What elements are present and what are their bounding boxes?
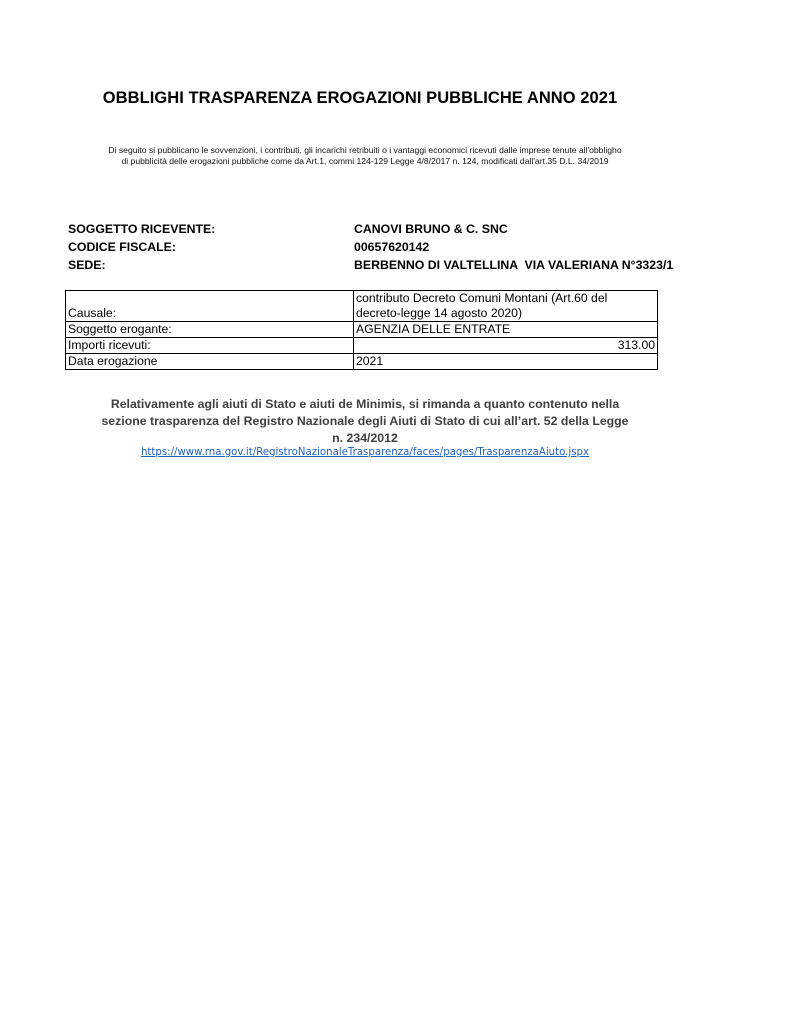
table-row: Soggetto erogante: AGENZIA DELLE ENTRATE bbox=[66, 322, 658, 338]
causale-value: contributo Decreto Comuni Montani (Art.6… bbox=[354, 291, 658, 322]
state-aid-note: Relativamente agli aiuti di Stato e aiut… bbox=[60, 396, 670, 447]
causale-label: Causale: bbox=[66, 291, 354, 322]
grantor-label: Soggetto erogante: bbox=[66, 322, 354, 338]
date-value: 2021 bbox=[354, 354, 658, 370]
rna-registry-link[interactable]: https://www.rna.gov.it/RegistroNazionale… bbox=[60, 447, 670, 458]
table-row: Importi ricevuti: 313.00 bbox=[66, 338, 658, 354]
recipient-name-value: CANOVI BRUNO & C. SNC bbox=[354, 220, 508, 238]
note-line-2: sezione trasparenza del Registro Naziona… bbox=[60, 413, 670, 430]
causale-value-line-1: contributo Decreto Comuni Montani (Art.6… bbox=[356, 291, 655, 306]
amount-label: Importi ricevuti: bbox=[66, 338, 354, 354]
note-line-1: Relativamente agli aiuti di Stato e aiut… bbox=[60, 396, 670, 413]
causale-value-line-2: decreto-legge 14 agosto 2020) bbox=[356, 306, 655, 321]
table-row: Causale: contributo Decreto Comuni Monta… bbox=[66, 291, 658, 322]
fiscal-code-row: CODICE FISCALE: 00657620142 bbox=[68, 238, 673, 256]
fiscal-code-label: CODICE FISCALE: bbox=[68, 238, 354, 256]
date-label: Data erogazione bbox=[66, 354, 354, 370]
recipient-name-label: SOGGETTO RICEVENTE: bbox=[68, 220, 354, 238]
grantor-value: AGENZIA DELLE ENTRATE bbox=[354, 322, 658, 338]
table-row: Data erogazione 2021 bbox=[66, 354, 658, 370]
intro-line-1: Di seguito si pubblicano le sovvenzioni,… bbox=[60, 145, 670, 156]
note-line-3: n. 234/2012 bbox=[60, 430, 670, 447]
address-value: BERBENNO DI VALTELLINA VIA VALERIANA N°3… bbox=[354, 256, 673, 274]
grant-table: Causale: contributo Decreto Comuni Monta… bbox=[65, 290, 658, 370]
intro-paragraph: Di seguito si pubblicano le sovvenzioni,… bbox=[60, 145, 670, 167]
fiscal-code-value: 00657620142 bbox=[354, 238, 429, 256]
recipient-info: SOGGETTO RICEVENTE: CANOVI BRUNO & C. SN… bbox=[68, 220, 673, 274]
address-label: SEDE: bbox=[68, 256, 354, 274]
page-title: OBBLIGHI TRASPARENZA EROGAZIONI PUBBLICH… bbox=[0, 89, 720, 108]
recipient-name-row: SOGGETTO RICEVENTE: CANOVI BRUNO & C. SN… bbox=[68, 220, 673, 238]
amount-value: 313.00 bbox=[354, 338, 658, 354]
address-row: SEDE: BERBENNO DI VALTELLINA VIA VALERIA… bbox=[68, 256, 673, 274]
intro-line-2: di pubblicità delle erogazioni pubbliche… bbox=[60, 156, 670, 167]
